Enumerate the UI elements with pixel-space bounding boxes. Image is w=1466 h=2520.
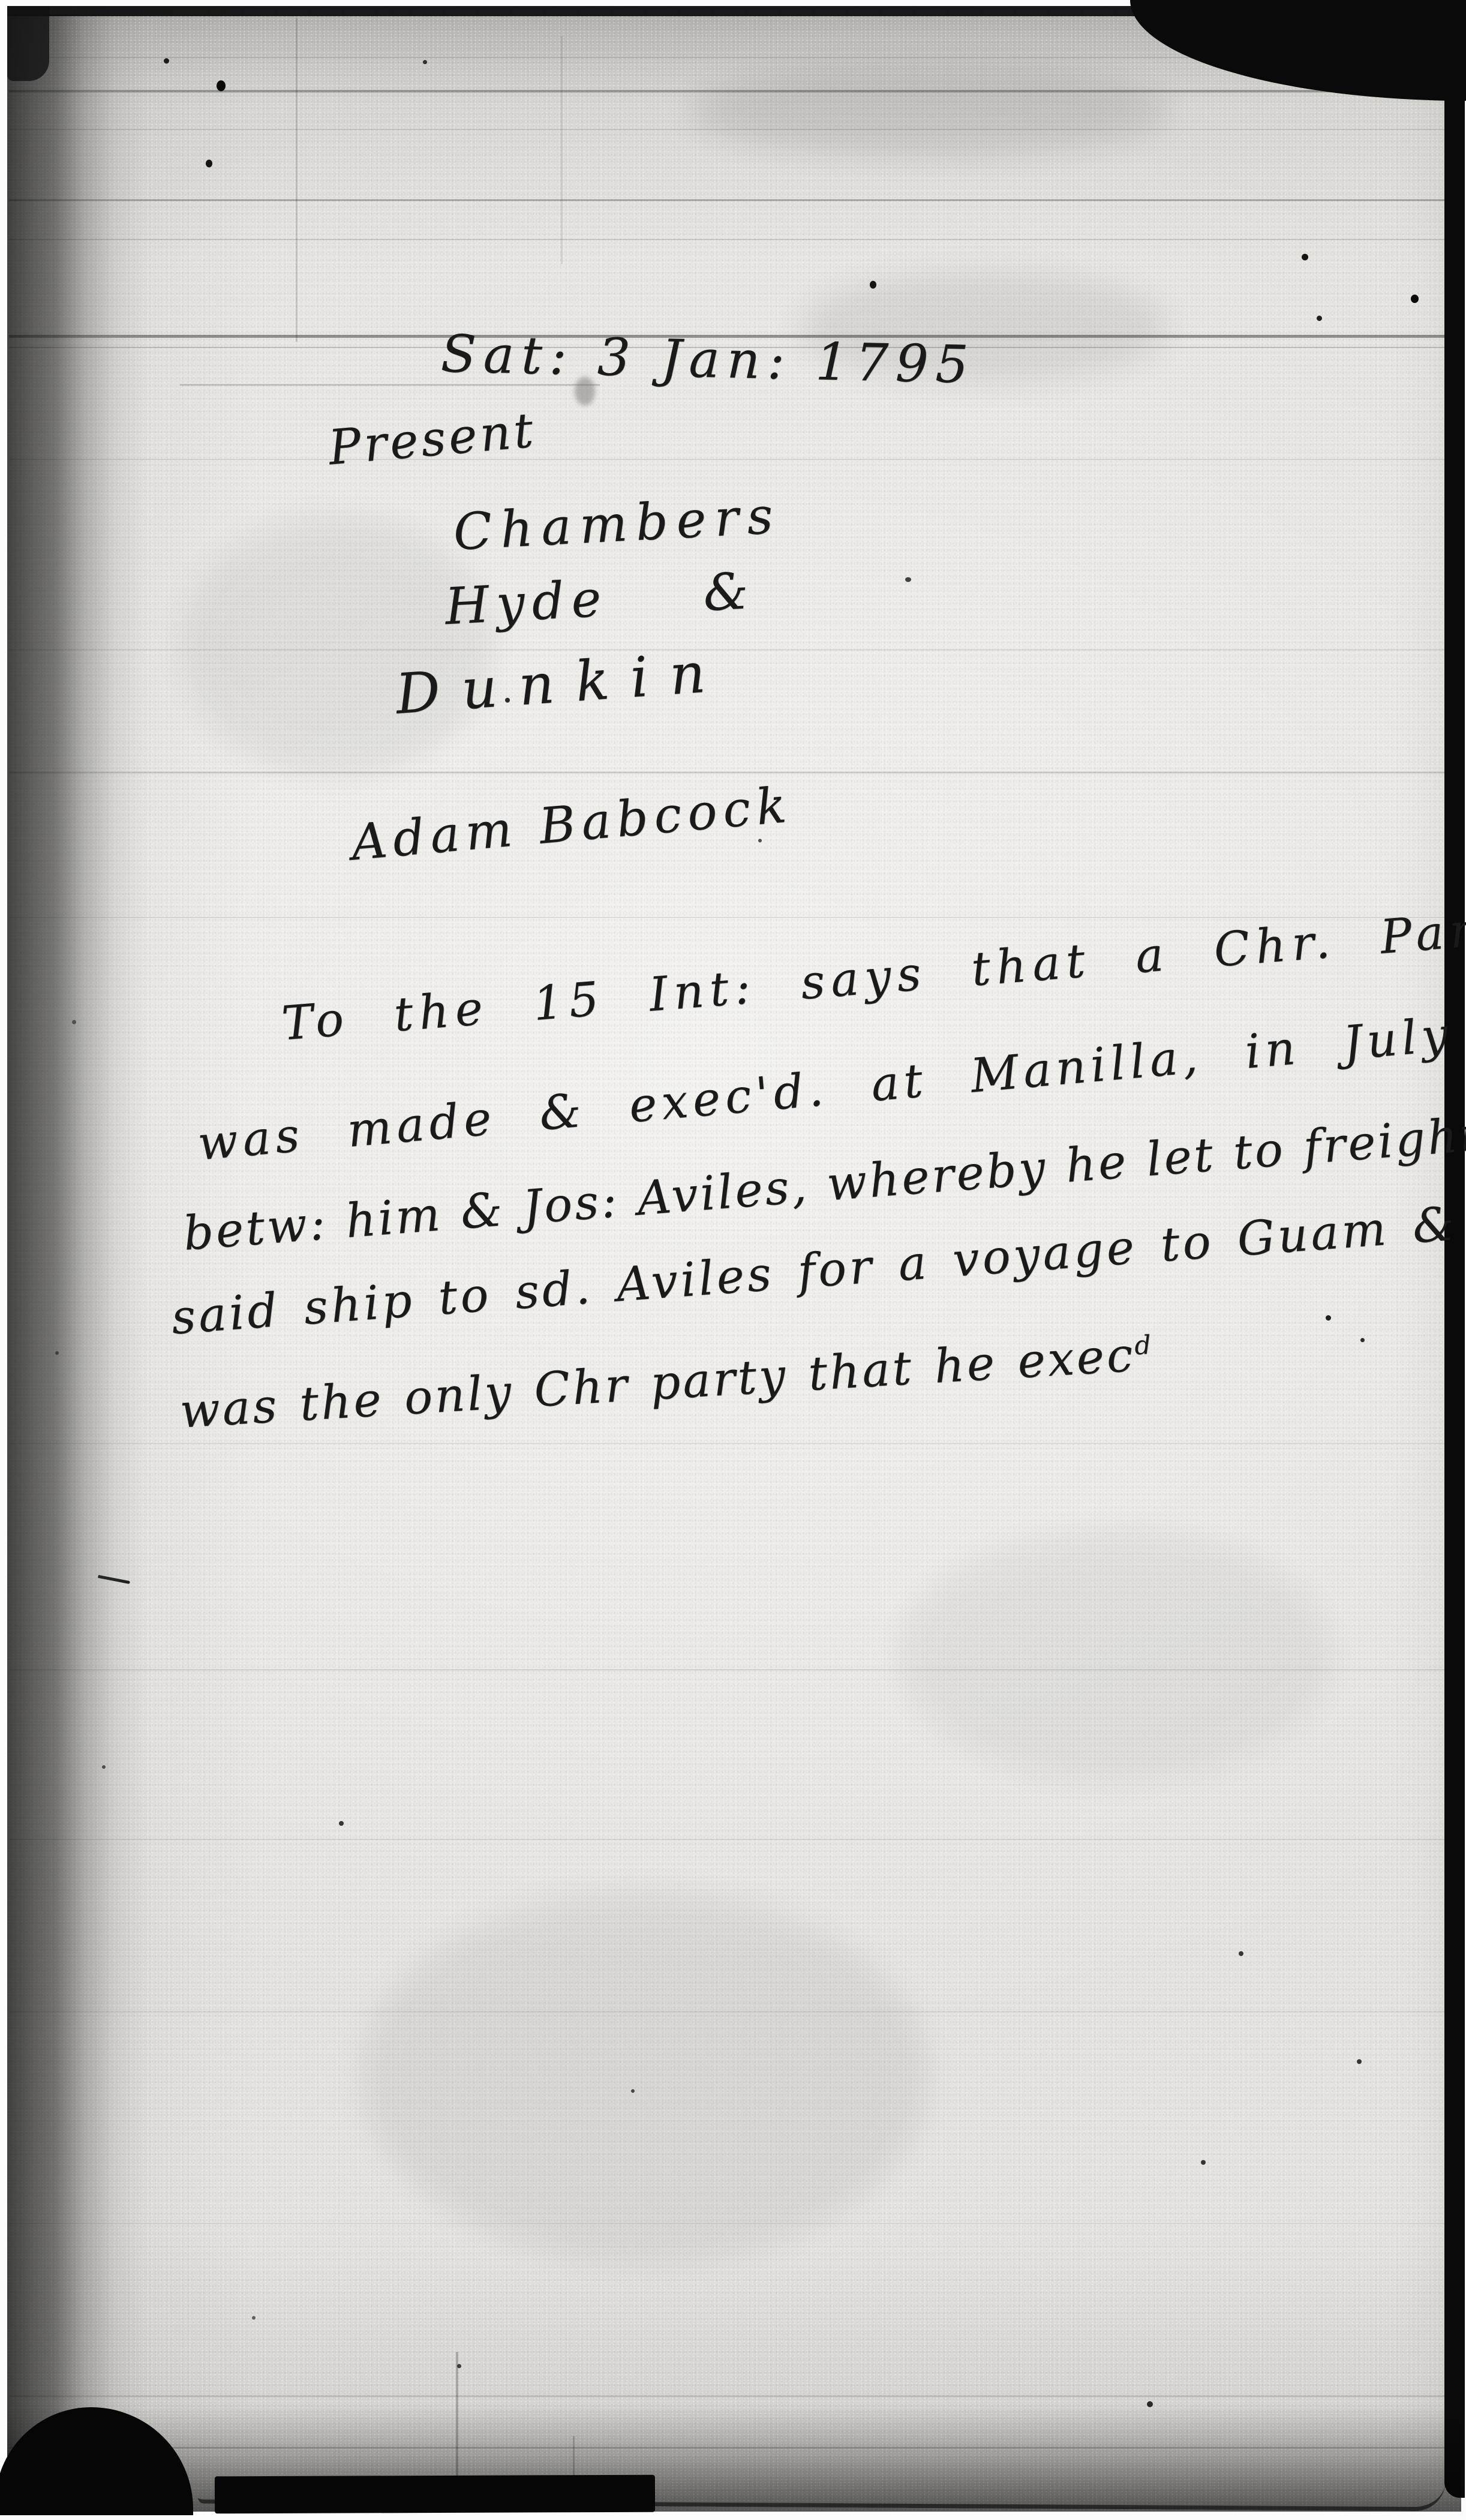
ink-speck [1411, 295, 1419, 303]
scan-streak [9, 459, 1455, 460]
stain-blob [360, 1890, 930, 2262]
ink-speck [631, 2089, 635, 2093]
ink-speck [252, 2316, 256, 2320]
top-edge-bar [7, 6, 1195, 16]
scan-streak [9, 917, 1455, 918]
ink-speck [1201, 2160, 1206, 2165]
crease-line [296, 18, 298, 342]
binding-shadow-left [7, 14, 148, 2504]
ink-speck [423, 60, 427, 64]
ink-speck [1239, 1951, 1243, 1956]
scan-streak [9, 772, 1455, 773]
scan-streak [9, 649, 1455, 650]
scan-streak [9, 1669, 1455, 1670]
ink-speck [1357, 2059, 1362, 2064]
ink-speck [1317, 316, 1322, 321]
scan-streak [9, 1443, 1455, 1444]
scan-streak [9, 2011, 1455, 2012]
scan-streak [9, 90, 1455, 92]
stain-blob [180, 516, 492, 774]
scan-streak [9, 2395, 1455, 2397]
scan-streak [9, 129, 1455, 130]
ink-speck [339, 1821, 344, 1826]
stain-blob [690, 66, 1170, 156]
ink-speck [870, 281, 876, 289]
date-heading: Sat: 3 Jan: 1795 [440, 324, 976, 395]
stain-blob [900, 1530, 1332, 1782]
superscript-d: d [1134, 1330, 1152, 1361]
ink-speck [206, 160, 212, 167]
top-left-corner-shadow [7, 6, 49, 81]
ink-speck [1360, 1338, 1365, 1342]
ink-speck [905, 577, 911, 582]
ink-speck [758, 839, 762, 842]
bottom-clamp-strip [215, 2475, 655, 2514]
scan-streak [9, 199, 1455, 201]
scan-streak [9, 239, 1455, 240]
scan-streak [9, 1839, 1455, 1840]
scan-streak [9, 2223, 1455, 2224]
scanned-manuscript-screenshot: { "page": { "heading_date": "Sat: 3 Jan:… [0, 0, 1466, 2520]
ink-speck [1302, 254, 1308, 260]
ink-speck [1326, 1315, 1331, 1321]
right-edge-strip [1444, 47, 1465, 2498]
ink-speck [217, 80, 226, 91]
ink-speck [164, 58, 169, 64]
ink-speck [457, 2364, 461, 2368]
crease-line [561, 36, 563, 264]
